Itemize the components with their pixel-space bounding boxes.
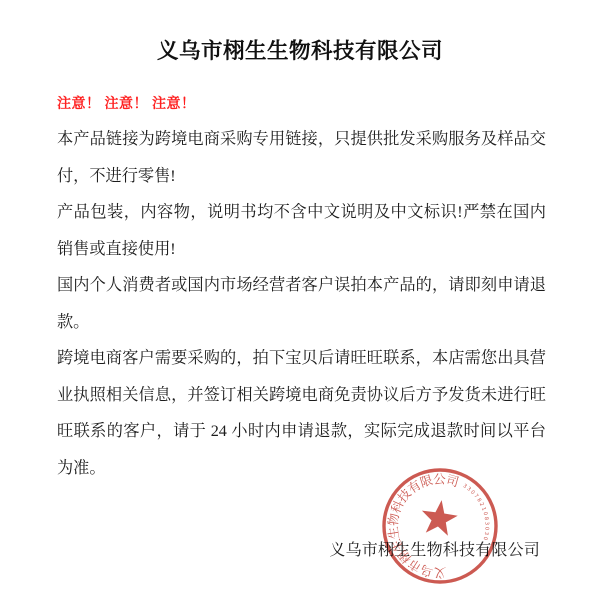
svg-text:0: 0 <box>469 489 476 496</box>
svg-text:3: 3 <box>466 486 472 493</box>
svg-text:物: 物 <box>385 512 402 527</box>
svg-text:义: 义 <box>433 566 446 580</box>
svg-text:乌: 乌 <box>419 562 435 580</box>
svg-text:7: 7 <box>472 493 479 499</box>
svg-text:8: 8 <box>475 497 482 503</box>
signature-company-name: 义乌市栩生生物科技有限公司 <box>329 537 540 560</box>
svg-text:3: 3 <box>483 531 489 535</box>
paragraph-packaging-notice: 产品包装，内容物，说明书均不含中文说明及中文标识!严禁在国内销售或直接使用! <box>57 194 546 267</box>
svg-text:0: 0 <box>483 527 489 531</box>
svg-text:3: 3 <box>483 522 489 526</box>
svg-text:1: 1 <box>480 506 487 511</box>
svg-text:2: 2 <box>478 502 485 508</box>
svg-text:0: 0 <box>482 511 489 516</box>
disclaimer-body: 本产品链接为跨境电商采购专用链接，只提供批发采购服务及样品交付，不进行零售! 产… <box>57 121 546 486</box>
warning-text: 注意！ 注意！ 注意！ <box>57 93 196 113</box>
seal-star-icon <box>422 500 458 536</box>
paragraph-retail-notice: 本产品链接为跨境电商采购专用链接，只提供批发采购服务及样品交付，不进行零售! <box>57 121 546 194</box>
svg-text:8: 8 <box>483 516 489 520</box>
paragraph-procurement-notice: 跨境电商客户需要采购的，拍下宝贝后请旺旺联系，本店需您出具营业执照相关信息，并签… <box>57 340 546 486</box>
svg-text:科: 科 <box>388 498 407 516</box>
document-page: 义乌市栩生生物科技有限公司 注意！ 注意！ 注意！ 本产品链接为跨境电商采购专用… <box>0 0 600 600</box>
paragraph-refund-notice: 国内个人消费者或国内市场经营者客户误拍本产品的，请即刻申请退款。 <box>57 267 546 340</box>
company-title: 义乌市栩生生物科技有限公司 <box>0 34 600 65</box>
svg-text:技: 技 <box>394 486 414 506</box>
